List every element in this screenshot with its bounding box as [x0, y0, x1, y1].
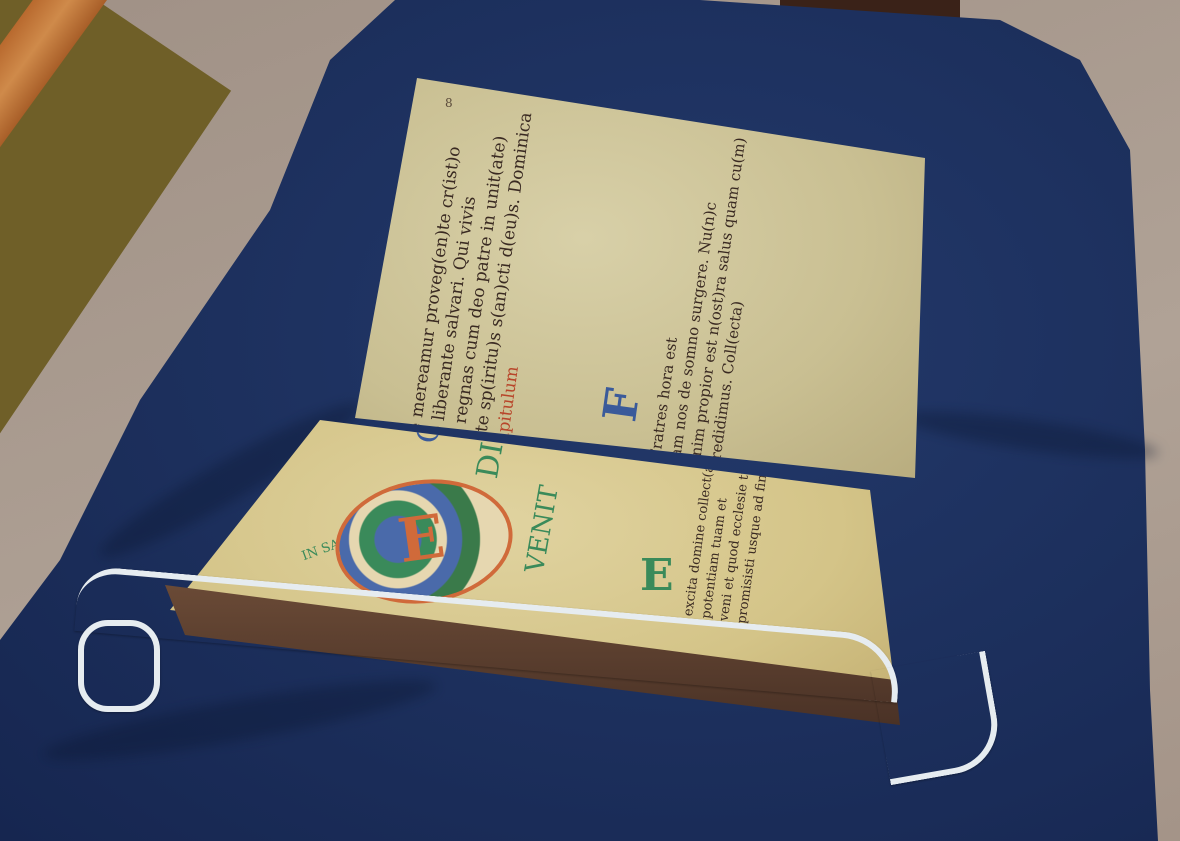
- initial-letter: E: [394, 501, 449, 577]
- cord-loop-left: [78, 620, 160, 712]
- display-letters: VENIT: [520, 483, 565, 575]
- upper-page-text: te mereamur proveg(en)te cr(ist)o te lib…: [403, 102, 559, 453]
- folio-number: 8: [445, 96, 453, 110]
- photo-scene: te mereamur proveg(en)te cr(ist)o te lib…: [0, 0, 1180, 841]
- green-initial-letter: E: [640, 550, 674, 601]
- blue-initial-letter: F: [592, 385, 650, 425]
- upper-page-lower-text: Fratres hora est iam nos de somno surger…: [645, 131, 770, 470]
